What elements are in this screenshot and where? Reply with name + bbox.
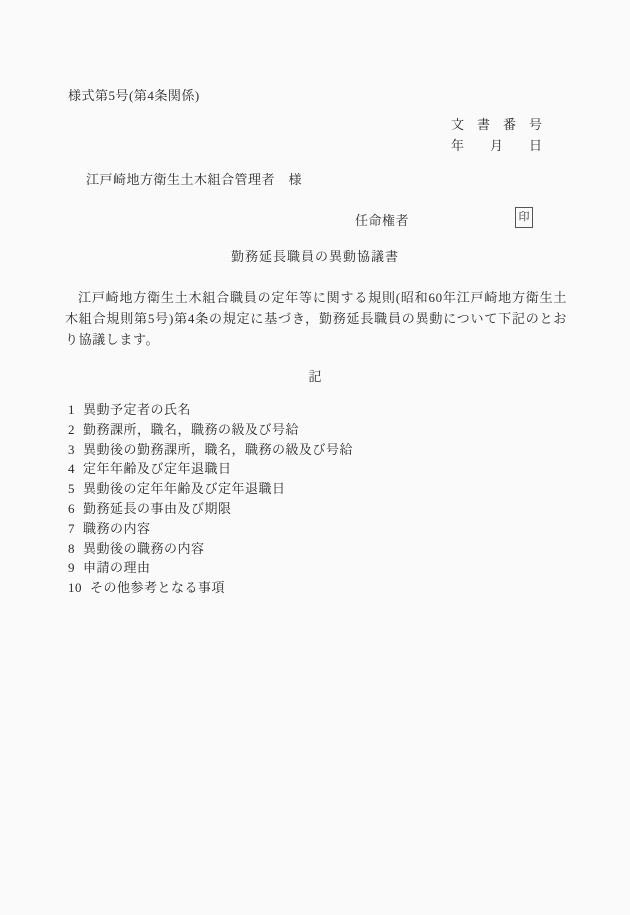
seal-character: 印 <box>519 212 530 223</box>
item-number: 2 <box>68 420 75 440</box>
appointer-label: 任命権者 <box>355 210 409 229</box>
list-item: 7職務の内容 <box>68 519 353 539</box>
list-item: 5異動後の定年年齢及び定年退職日 <box>68 479 353 499</box>
enumerated-item-list: 1異動予定者の氏名 2勤務課所，職名，職務の級及び号給 3異動後の勤務課所，職名… <box>68 400 353 598</box>
list-item: 9申請の理由 <box>68 558 353 578</box>
item-label: 勤務延長の事由及び期限 <box>83 501 232 516</box>
item-number: 6 <box>68 499 75 519</box>
list-item: 6勤務延長の事由及び期限 <box>68 499 353 519</box>
item-number: 5 <box>68 479 75 499</box>
document-number-label: 文 書 番 号 <box>451 114 542 133</box>
item-label: 職務の内容 <box>83 521 151 536</box>
item-number: 9 <box>68 558 75 578</box>
list-item: 2勤務課所，職名，職務の級及び号給 <box>68 420 353 440</box>
recipient-line: 江戸崎地方衛生土木組合管理者 様 <box>86 169 302 188</box>
date-label: 年 月 日 <box>451 135 542 154</box>
item-label: 異動予定者の氏名 <box>83 402 191 417</box>
document-page: 様式第5号(第4条関係) 文 書 番 号 年 月 日 江戸崎地方衛生土木組合管理… <box>0 0 630 915</box>
item-label: 異動後の定年年齢及び定年退職日 <box>83 481 286 496</box>
item-number: 1 <box>68 400 75 420</box>
item-number: 8 <box>68 539 75 559</box>
seal-placeholder-box: 印 <box>515 207 533 228</box>
section-marker-ki: 記 <box>0 366 630 385</box>
document-title: 勤務延長職員の異動協議書 <box>0 246 630 265</box>
item-number: 10 <box>68 578 82 598</box>
item-label: 定年年齢及び定年退職日 <box>83 461 232 476</box>
item-number: 4 <box>68 459 75 479</box>
item-label: 勤務課所，職名，職務の級及び号給 <box>83 422 299 437</box>
form-number: 様式第5号(第4条関係) <box>68 85 200 104</box>
item-label: 異動後の職務の内容 <box>83 541 205 556</box>
item-number: 3 <box>68 440 75 460</box>
body-paragraph: 江戸崎地方衛生土木組合職員の定年等に関する規則(昭和60年江戸崎地方衛生土木組合… <box>65 287 567 350</box>
list-item: 4定年年齢及び定年退職日 <box>68 459 353 479</box>
item-label: その他参考となる事項 <box>90 580 225 595</box>
item-label: 異動後の勤務課所，職名，職務の級及び号給 <box>83 442 353 457</box>
item-label: 申請の理由 <box>83 560 151 575</box>
item-number: 7 <box>68 519 75 539</box>
list-item: 1異動予定者の氏名 <box>68 400 353 420</box>
list-item: 3異動後の勤務課所，職名，職務の級及び号給 <box>68 440 353 460</box>
list-item: 8異動後の職務の内容 <box>68 539 353 559</box>
list-item: 10その他参考となる事項 <box>68 578 353 598</box>
